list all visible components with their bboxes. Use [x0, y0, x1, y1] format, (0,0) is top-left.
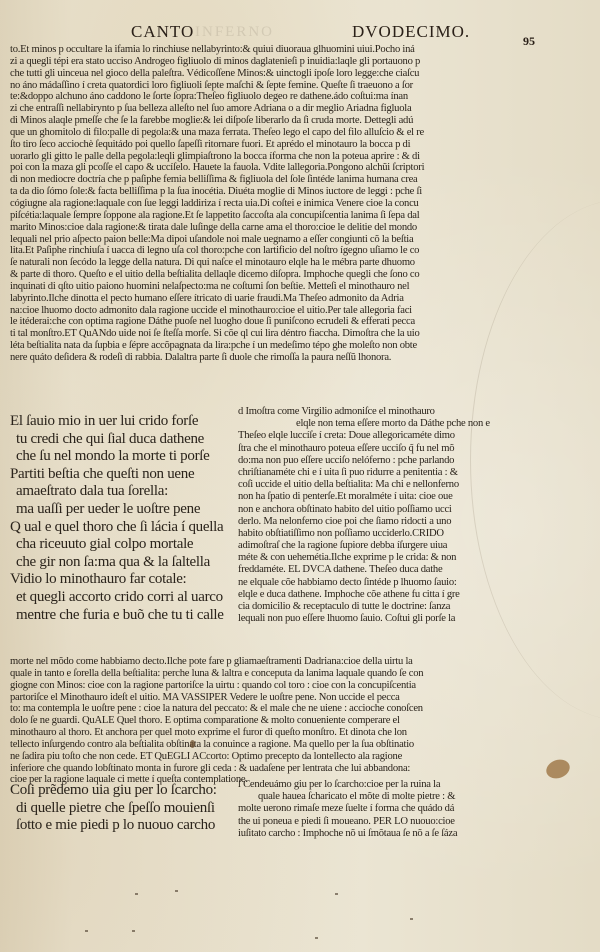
commentary-line: marito Minos:cioe dala ragione:& tirata …: [10, 222, 515, 234]
poem-verses-2: Coſi prẽdemo uia giu per lo ſcarcho: di …: [10, 782, 240, 835]
gloss-line: freddaméte. EL DVCA dathene. Theſeo duca…: [238, 564, 518, 576]
gloss-line: méte & con uehemétia.Ilche exprime p le …: [238, 552, 518, 564]
commentary-line: no áno mádaſſino í creta quatordici loro…: [10, 80, 515, 92]
commentary-line: poi con la maza gli pcoſſe el capo & ucc…: [10, 162, 515, 174]
commentary-line: dolo ſe ne guardi. QuALE Quel thoro. E o…: [10, 715, 515, 727]
commentary-line: morte nel mõdo come habbiamo decto.Ilche…: [10, 656, 515, 668]
verse-line: tu credi che qui ſial duca dathene: [10, 431, 240, 449]
gloss-line: lequali non puo eſſere lhuomo ſauio. Coſ…: [238, 613, 518, 625]
commentary-line: di non mediocre doctría che p paſiphe fe…: [10, 174, 515, 186]
commentary-line: le itéderai:che con optima ragione Dáthe…: [10, 316, 515, 328]
commentary-line: ne ſadira piu toſto che non cede. ET QuE…: [10, 751, 515, 763]
commentary-line: na:cioe lhuomo docto admonito dala ragio…: [10, 305, 515, 317]
verse-line: Partiti beſtia che queſti non uene: [10, 466, 240, 484]
verse-line: ma uaſſi per ueder le uoſtre pene: [10, 501, 240, 519]
commentary-line: ta da dio ſómo ſole:& facta belliſſima p…: [10, 186, 515, 198]
folio-number: 95: [523, 34, 535, 49]
poem-verses-1: El ſauio mio in uer lui crido forſe tu c…: [10, 413, 240, 624]
commentary-line: ſto tiro ſeco acciochè ſequitádo poi que…: [10, 139, 515, 151]
commentary-line: che tutti gli uinceua nel gioco della pa…: [10, 68, 515, 80]
gloss-line: elqle non tema eſſere morto da Dáthe pch…: [238, 418, 518, 430]
commentary-line: lita.Et Paſiphe rinchiuſa í uacca di leg…: [10, 245, 515, 257]
paper-speck: [175, 890, 178, 892]
commentary-line: ſe naturali non ſecódo la legge della na…: [10, 257, 515, 269]
commentary-line: di Minos alaqle pmeſſe che ſe la farebbe…: [10, 115, 515, 127]
gloss-line: coſi uccide el uitio della beſtialita: M…: [238, 479, 518, 491]
gloss-line: ſtra che el minothauro poteua eſſere ucc…: [238, 443, 518, 455]
paper-stain: [544, 756, 573, 781]
book-page: INFERNO CANTO DVODECIMO. 95 to.Et minos …: [0, 0, 600, 952]
gloss-line: habito obſtiatiſſimo non poſſiamo uccide…: [238, 528, 518, 540]
verse-line: che ſu nel mondo la morte ti porſe: [10, 448, 240, 466]
commentary-line: labyrinto.Ilche dinotta el pecto humano …: [10, 293, 515, 305]
commentary-line: to.Et minos p occultare la ifamia lo rin…: [10, 44, 515, 56]
verse-line: mentre che furia e buõ che tu ti calle: [10, 607, 240, 625]
verse-line: ſotto e mie piedi p lo nuouo carcho: [10, 817, 240, 835]
commentary-bottom: morte nel mõdo come habbiamo decto.Ilche…: [10, 656, 515, 786]
commentary-line: piſcétia:laquale ſempre ſoppone ala ragi…: [10, 210, 515, 222]
verse-line: che gir non ſa:ma qua & la ſaltella: [10, 554, 240, 572]
gloss-line: non ha ſpatio di penterſe.Et moralméte í…: [238, 491, 518, 503]
running-header-left: CANTO: [131, 22, 194, 42]
running-header-right: DVODECIMO.: [352, 22, 470, 42]
paper-stain: [190, 740, 195, 748]
verse-line: Coſi prẽdemo uia giu per lo ſcarcho:: [10, 782, 240, 800]
verse-line: El ſauio mio in uer lui crido forſe: [10, 413, 240, 431]
commentary-line: te:&doppo alchuno áno caddono le ſorte ſ…: [10, 91, 515, 103]
verse-line: amaeſtrato dala tua ſorella:: [10, 483, 240, 501]
commentary-line: lequali nel prio aſpecto paion belle:Ma …: [10, 234, 515, 246]
commentary-line: cógiugne ala ragione:laquale con ſue leg…: [10, 198, 515, 210]
paper-speck: [132, 930, 135, 932]
commentary-line: léta beſtialita nata da ſupbia e ſépre a…: [10, 340, 515, 352]
gloss-line: chriſtianaméte chi e í uita ſi puo ridur…: [238, 467, 518, 479]
verse-line: Vidio lo minothauro far cotale:: [10, 571, 240, 589]
paper-speck: [85, 930, 88, 932]
commentary-line: giogne con Minos: cioe con la ragione pa…: [10, 680, 515, 692]
gloss-line: elqle e duca dathene. Imphoche cõe athen…: [238, 589, 518, 601]
paper-speck: [135, 893, 138, 895]
gloss-line: iuſitato carcho : Imphoche nõ ui ſmõtaua…: [238, 828, 518, 840]
commentary-line: ti tal monſtro.ET QuANdo uide noi ſe ſte…: [10, 328, 515, 340]
commentary-line: & parte di thoro. Queſto e el uitio dell…: [10, 269, 515, 281]
commentary-line: uorarlo gli gitto le palle della pegola:…: [10, 151, 515, 163]
gloss-line: molte uerono rimaſe meze ſuelte í forma …: [238, 803, 518, 815]
gloss-column-1: d Imoſtra come Virgilio admoniſce el min…: [238, 406, 518, 625]
gloss-line: quale hauea ſcharicato el mõte di molte …: [238, 791, 518, 803]
commentary-line: zi che entraſſi nellabirynto p ſua belle…: [10, 103, 515, 115]
verse-line: di quelle pietre che ſpeſſo mouienſi: [10, 800, 240, 818]
gloss-line: adimoſtraſ che la ragione ſupiore debba …: [238, 540, 518, 552]
gloss-line: derlo. Ma nelonferno cioe poi che ſiamo …: [238, 516, 518, 528]
commentary-line: to: ma contempla le uoſtre pene : cioe l…: [10, 703, 515, 715]
gloss-line: d Imoſtra come Virgilio admoniſce el min…: [238, 406, 518, 418]
gloss-line: the ui poneua e piedi ſi moueano. PER LO…: [238, 816, 518, 828]
commentary-line: quale in tanto e ſorella della beſtialit…: [10, 668, 515, 680]
commentary-line: partoriſce el Minothauro ideſt el uitio.…: [10, 692, 515, 704]
paper-speck: [315, 937, 318, 939]
commentary-line: inquinati di qſto uitio paiono huomini n…: [10, 281, 515, 293]
gloss-line: ne elquale cõe habbiamo decto ſintéde p …: [238, 577, 518, 589]
gloss-column-2: ſ Cendeuámo giu per lo ſcarcho:cioe per …: [238, 779, 518, 840]
gloss-line: ſ Cendeuámo giu per lo ſcarcho:cioe per …: [238, 779, 518, 791]
commentary-top: to.Et minos p occultare la ifamia lo rin…: [10, 44, 515, 364]
commentary-line: que un ghomitolo di filo:palle di pegola…: [10, 127, 515, 139]
verse-line: cha riceuuto gial colpo mortale: [10, 536, 240, 554]
gloss-line: do:ma non puo eſſere ucciſo nelóferno : …: [238, 455, 518, 467]
gloss-line: non e anchora obſtinato habito del uitio…: [238, 504, 518, 516]
commentary-line: inferiore che quando lobſtinato monta in…: [10, 763, 515, 775]
verse-line: et quegli accorto crido corri al uarco: [10, 589, 240, 607]
gloss-line: Theſeo elqle luccíſe í creta: Doue alleg…: [238, 430, 518, 442]
paper-speck: [410, 918, 413, 920]
commentary-line: tellecto inſurgendo contro ala beſtialit…: [10, 739, 515, 751]
verse-line: Q ual e quel thoro che ſi lácia í quella: [10, 519, 240, 537]
bleedthrough-text: INFERNO: [195, 24, 274, 41]
paper-speck: [335, 893, 338, 895]
commentary-line: nere quáto deſidera & rodeſi di rabbia. …: [10, 352, 515, 364]
commentary-line: minothauro al thoro. Et anchora per quel…: [10, 727, 515, 739]
gloss-line: cia domicilio & receptaculo di tutte le …: [238, 601, 518, 613]
commentary-line: zi a quegli tépi era stato ucciso Androg…: [10, 56, 515, 68]
